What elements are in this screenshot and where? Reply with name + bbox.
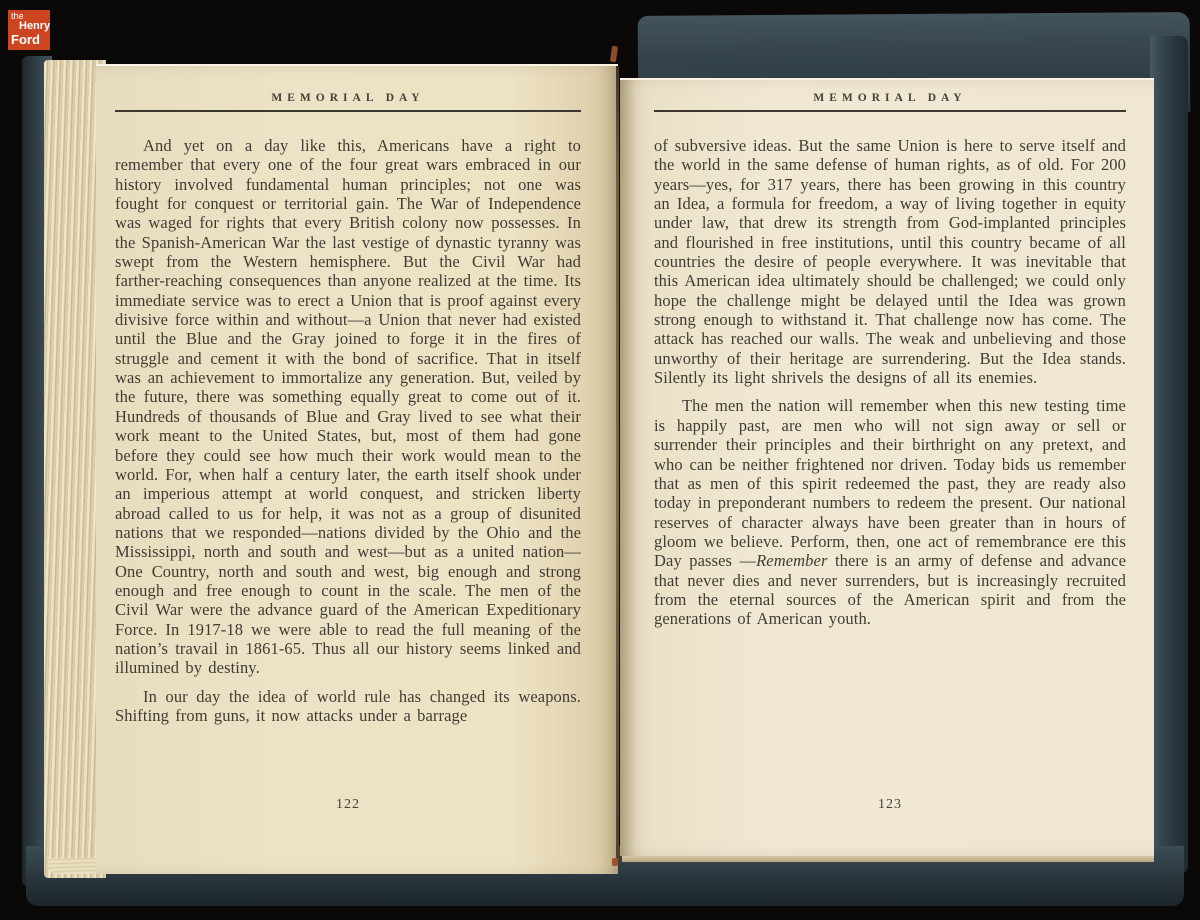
binding-thread-top xyxy=(610,46,618,63)
paragraph: In our day the idea of world rule has ch… xyxy=(115,687,581,726)
head-rule-left xyxy=(115,110,581,112)
logo-text-ford: Ford xyxy=(11,33,50,46)
left-page-text-column: MEMORIAL DAY And yet on a day like this,… xyxy=(115,92,581,725)
paragraph: The men the nation will remember when th… xyxy=(654,396,1126,628)
left-page-body: And yet on a day like this, Americans ha… xyxy=(115,136,581,725)
logo-text-henry: Henry xyxy=(19,21,50,33)
head-rule-right xyxy=(654,110,1126,112)
binding-thread-bottom xyxy=(612,858,618,866)
running-head-left: MEMORIAL DAY xyxy=(115,92,581,104)
right-page-body: of subversive ideas. But the same Union … xyxy=(654,136,1126,629)
italic-word-remember: Remember xyxy=(756,551,827,570)
henry-ford-logo: the Henry Ford xyxy=(8,10,50,50)
paragraph-segment: The men the nation will remember when th… xyxy=(654,396,1126,570)
running-head-right: MEMORIAL DAY xyxy=(654,92,1126,104)
book-gutter xyxy=(616,66,619,864)
photo-background: MEMORIAL DAY And yet on a day like this,… xyxy=(0,0,1200,920)
page-number-left: 122 xyxy=(115,797,581,813)
book-cover-right xyxy=(1150,36,1188,874)
page-number-right: 123 xyxy=(654,797,1126,813)
right-page-text-column: MEMORIAL DAY of subversive ideas. But th… xyxy=(654,92,1126,629)
paragraph: And yet on a day like this, Americans ha… xyxy=(115,136,581,678)
paragraph: of subversive ideas. But the same Union … xyxy=(654,136,1126,387)
